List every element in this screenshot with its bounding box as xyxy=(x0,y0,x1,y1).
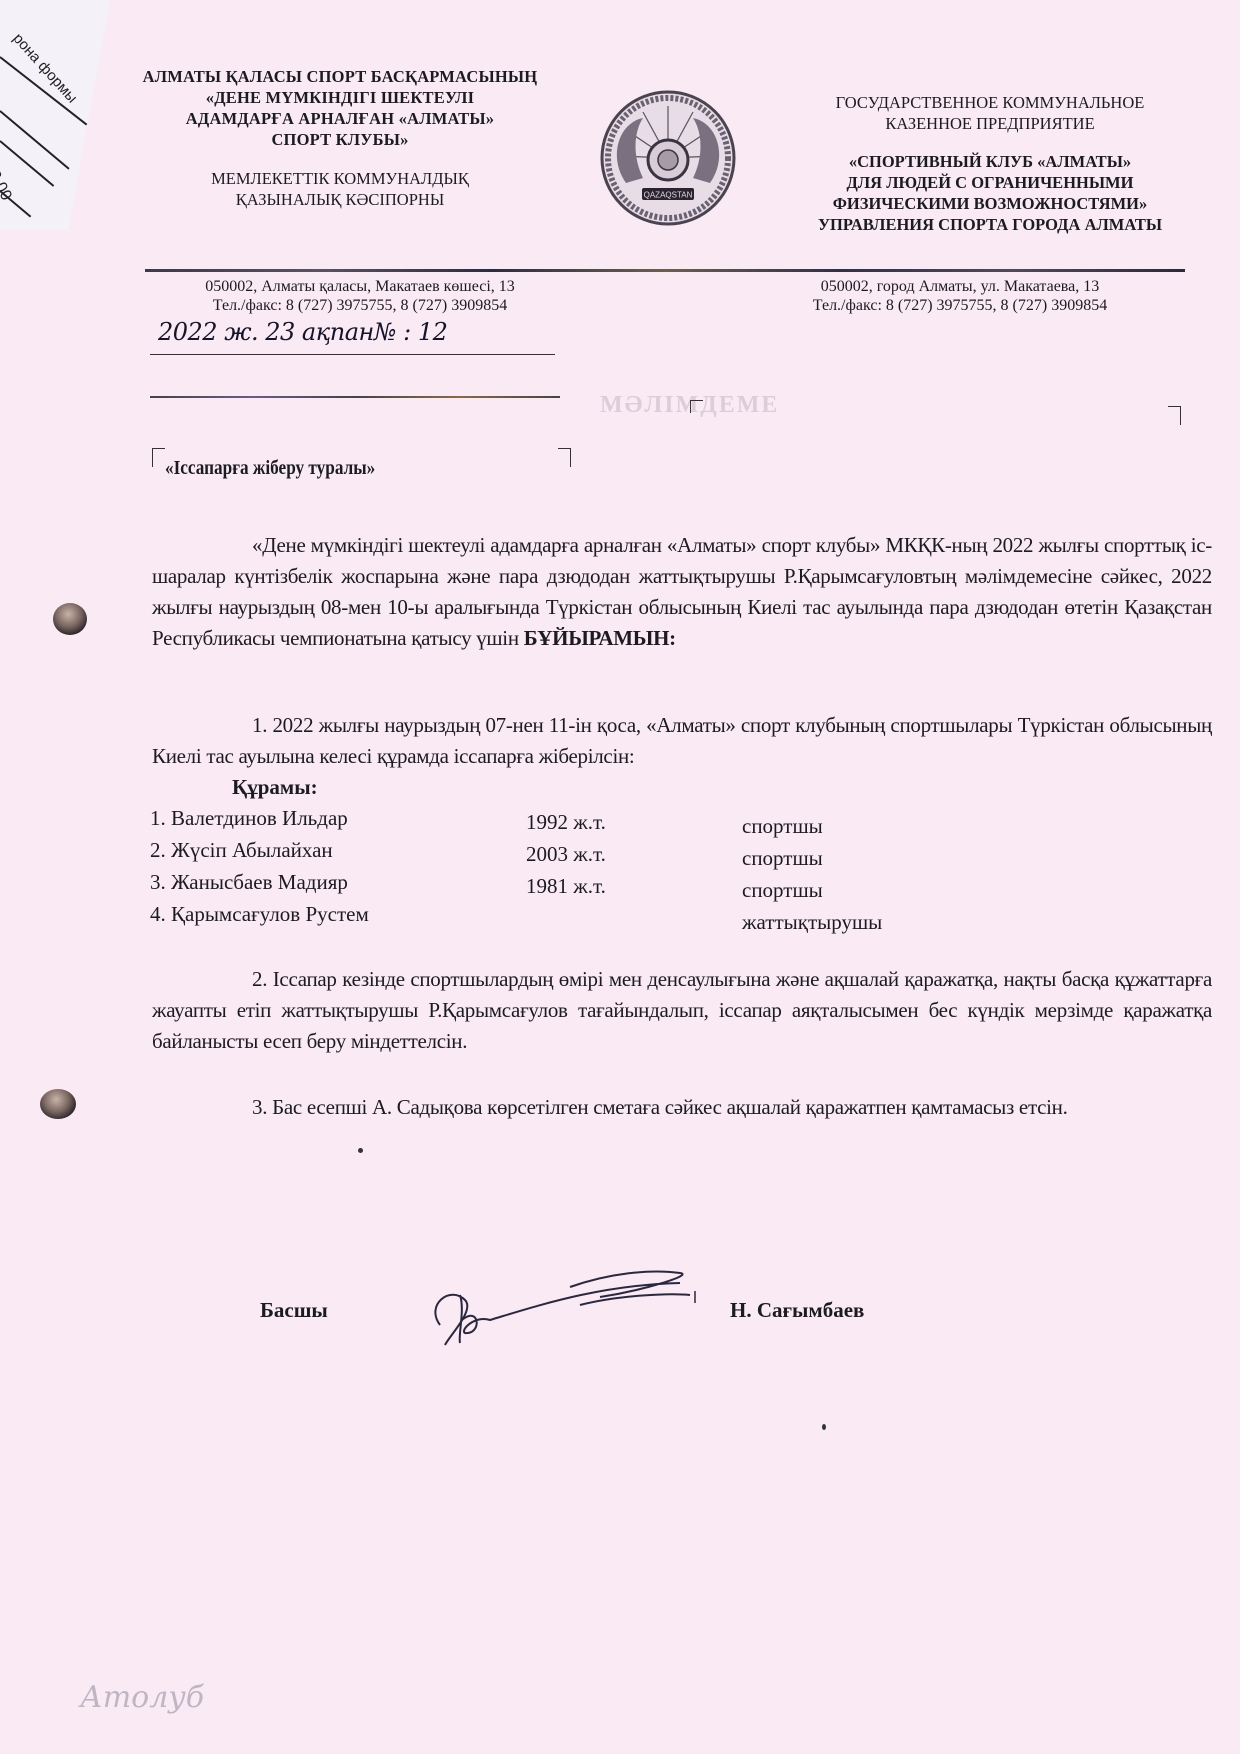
registration-underline xyxy=(150,396,560,398)
org-type-kz: МЕМЛЕКЕТТІК КОММУНАЛДЫҚ ҚАЗЫНАЛЫҚ КӘСІПО… xyxy=(110,168,570,210)
member-name: 1. Валетдинов Ильдар xyxy=(150,806,348,831)
punch-hole xyxy=(53,603,87,635)
punch-hole xyxy=(40,1089,76,1119)
order-preamble: «Дене мүмкіндігі шектеулі адамдарға арна… xyxy=(152,530,1212,654)
org-line: ФИЗИЧЕСКИМИ ВОЗМОЖНОСТЯМИ» xyxy=(790,193,1190,214)
org-type-ru: ГОСУДАРСТВЕННОЕ КОММУНАЛЬНОЕ КАЗЕННОЕ ПР… xyxy=(790,92,1190,134)
phone-line: Тел./факс: 8 (727) 3975755, 8 (727) 3909… xyxy=(160,296,560,315)
kazakhstan-emblem-icon: QAZAQSTAN xyxy=(598,88,738,228)
address-ru: 050002, город Алматы, ул. Макатаева, 13 … xyxy=(770,277,1150,315)
member-name: 3. Жаныcбаев Мадияр xyxy=(150,870,348,895)
member-year: 1981 ж.т. xyxy=(526,874,606,899)
signatory-title: Басшы xyxy=(260,1298,328,1323)
org-type-line: ГОСУДАРСТВЕННОЕ КОММУНАЛЬНОЕ xyxy=(790,92,1190,113)
svg-text:QAZAQSTAN: QAZAQSTAN xyxy=(644,191,693,200)
signatory-name: Н. Сағымбаев xyxy=(730,1298,864,1323)
order-command: БҰЙЫРАМЫН: xyxy=(524,626,676,650)
member-name: 2. Жүсіп Абылайхан xyxy=(150,838,333,863)
form-line xyxy=(0,140,54,187)
order-subject: «Іссапарға жіберу туралы» xyxy=(165,457,375,480)
org-line: АЛМАТЫ ҚАЛАСЫ СПОРТ БАСҚАРМАСЫНЫҢ xyxy=(110,66,570,87)
address-kz: 050002, Алматы қаласы, Макатаев көшесі, … xyxy=(160,277,560,315)
org-line: УПРАВЛЕНИЯ СПОРТА ГОРОДА АЛМАТЫ xyxy=(790,214,1190,235)
form-line xyxy=(0,110,70,169)
org-line: «ДЕНЕ МҮМКІНДІГІ ШЕКТЕУЛІ xyxy=(110,87,570,108)
org-line: «СПОРТИВНЫЙ КЛУБ «АЛМАТЫ» xyxy=(790,151,1190,172)
member-year: 2003 ж.т. xyxy=(526,842,606,867)
member-name: 4. Қарымсағулов Рустем xyxy=(150,902,369,927)
order-item-3: 3. Бас есепші А. Садықова көрсетілген см… xyxy=(152,1092,1212,1123)
corner-mark xyxy=(690,400,703,413)
registration-number: 2022 ж. 23 ақпан№ : 12 xyxy=(158,318,447,346)
org-name-kz: АЛМАТЫ ҚАЛАСЫ СПОРТ БАСҚАРМАСЫНЫҢ «ДЕНЕ … xyxy=(110,66,570,150)
org-line: АДАМДАРҒА АРНАЛҒАН «АЛМАТЫ» xyxy=(110,108,570,129)
ink-speck xyxy=(822,1424,826,1430)
address-line: 050002, Алматы қаласы, Макатаев көшесі, … xyxy=(160,277,560,296)
member-role: спортшы xyxy=(742,846,823,871)
preamble-text: «Дене мүмкіндігі шектеулі адамдарға арна… xyxy=(152,533,1212,650)
address-line: 050002, город Алматы, ул. Макатаева, 13 xyxy=(770,277,1150,296)
org-type-line: КАЗЕННОЕ ПРЕДПРИЯТИЕ xyxy=(790,113,1190,134)
roster-title: Құрамы: xyxy=(232,775,318,800)
header-russian: ГОСУДАРСТВЕННОЕ КОММУНАЛЬНОЕ КАЗЕННОЕ ПР… xyxy=(790,92,1190,235)
phone-line: Тел./факс: 8 (727) 3975755, 8 (727) 3909… xyxy=(770,296,1150,315)
order-item-2: 2. Іссапар кезінде спортшылардың өмірі м… xyxy=(152,964,1212,1057)
footer-initials: Атолуб xyxy=(80,1680,204,1715)
org-name-ru: «СПОРТИВНЫЙ КЛУБ «АЛМАТЫ» ДЛЯ ЛЮДЕЙ С ОГ… xyxy=(790,151,1190,235)
handwritten-signature-icon xyxy=(420,1265,720,1355)
member-role: спортшы xyxy=(742,878,823,903)
corner-mark xyxy=(152,448,165,467)
member-year: 1992 ж.т. xyxy=(526,810,606,835)
org-type-line: ҚАЗЫНАЛЫҚ КӘСІПОРНЫ xyxy=(110,189,570,210)
member-role: жаттықтырушы xyxy=(742,910,882,935)
org-line: ДЛЯ ЛЮДЕЙ С ОГРАНИЧЕННЫМИ xyxy=(790,172,1190,193)
registration-underline xyxy=(150,354,555,355)
member-role: спортшы xyxy=(742,814,823,839)
underlying-form-amount: 00,00 xyxy=(0,160,15,204)
ink-speck xyxy=(358,1148,363,1153)
org-line: СПОРТ КЛУБЫ» xyxy=(110,129,570,150)
org-type-line: МЕМЛЕКЕТТІК КОММУНАЛДЫҚ xyxy=(110,168,570,189)
underlying-form-corner: рона формы 00,00 xyxy=(0,0,110,230)
header-kazakh: АЛМАТЫ ҚАЛАСЫ СПОРТ БАСҚАРМАСЫНЫҢ «ДЕНЕ … xyxy=(110,66,570,210)
underlying-form-label: рона формы xyxy=(9,30,80,106)
corner-mark xyxy=(1168,406,1181,425)
corner-mark xyxy=(558,448,571,467)
order-item-1: 1. 2022 жылғы наурыздың 07-нен 11-ін қос… xyxy=(152,710,1212,772)
header-divider xyxy=(145,269,1185,272)
